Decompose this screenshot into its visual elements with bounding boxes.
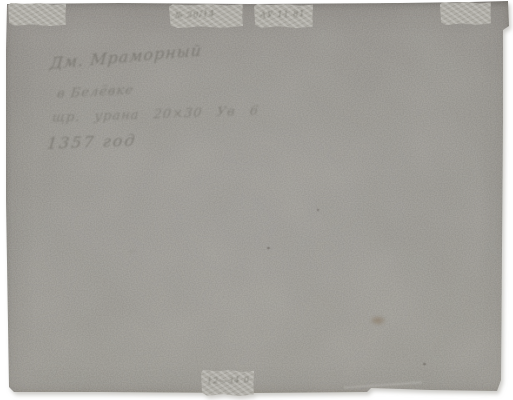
photo-scan: Дм. Мраморный в Белёвке щр. урана 20×30 …: [0, 0, 513, 400]
tape-remnant-bottom: 12—34 0: [201, 370, 254, 396]
tape-remnant-top-mid-left: № 20/14: [169, 4, 243, 29]
dirt-speck: [317, 209, 319, 211]
pencil-inscription-line-4: 1357 год: [46, 131, 138, 153]
dirt-speck: [267, 247, 270, 249]
pencil-smudge: ~: [127, 241, 165, 267]
tape-remnant-top-right: [440, 2, 491, 25]
tape-scribble-text: АУ 11 81: [260, 9, 306, 19]
tape-remnant-top-left: [8, 3, 66, 27]
cardboard-back: Дм. Мраморный в Белёвке щр. урана 20×30 …: [0, 0, 513, 400]
tape-scribble-text: 12—34 0: [207, 375, 250, 385]
dirt-speck: [423, 363, 426, 365]
tape-remnant-top-mid-right: АУ 11 81: [254, 4, 313, 28]
tape-scribble-text: № 20/14: [175, 9, 216, 20]
brown-stain: [369, 315, 387, 326]
